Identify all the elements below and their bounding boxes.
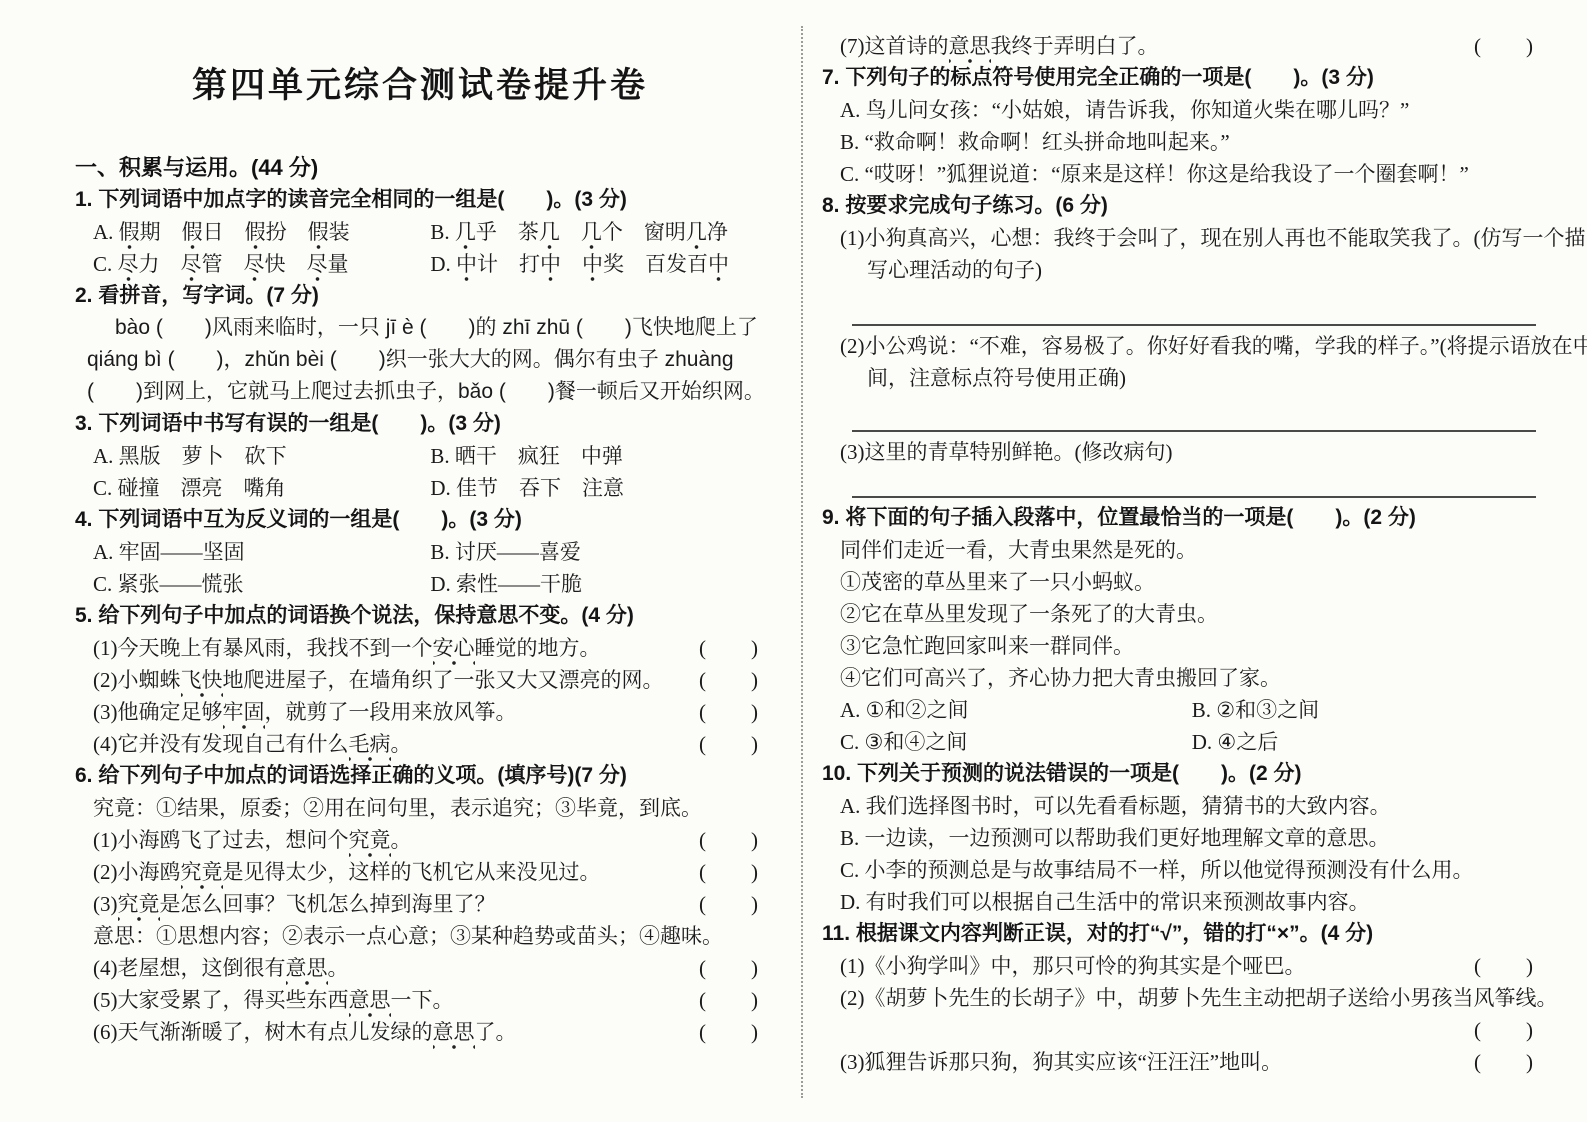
emphasis-dots: 假: [308, 220, 329, 250]
answer-blank-line: [852, 402, 1536, 432]
line-text: 10. 下列关于预测的说法错误的一项是( )。(2 分): [822, 758, 1302, 790]
answer-parens-line: ( ): [822, 1014, 1540, 1046]
line-text: (3)狐狸告诉那只狗，狗其实应该“汪汪汪”地叫。: [840, 1046, 1282, 1078]
text-line: (1)小狗真高兴，心想：我终于会叫了，现在别人再也不能取笑我了。(仿写一个描: [822, 222, 1540, 254]
left-column-rows: 一、积累与运用。(44 分)1. 下列词语中加点字的读音完全相同的一组是( )。…: [75, 152, 765, 1048]
text-line: C. 小李的预测总是与故事结局不一样，所以他觉得预测没有什么用。: [822, 854, 1540, 886]
line-text: (2)小蜘蛛飞快地爬进屋子，在墙角织了一张又大又漂亮的网。: [93, 664, 664, 696]
emphasis-dots: 尽: [118, 252, 139, 282]
emphasis-dots: 假: [245, 220, 266, 250]
text-line: 意思：①思想内容；②表示一点心意；③某种趋势或苗头；④趣味。: [75, 920, 765, 952]
question-stem: 1. 下列词语中加点字的读音完全相同的一组是( )。(3 分): [75, 184, 765, 216]
text-line: (2)小海鸥究竟是见得太少，这样的飞机它从来没见过。( ): [75, 856, 765, 888]
option: B. 几乎 茶几 几个 窗明几净: [430, 216, 765, 248]
line-text: qiáng bì ( )，zhǔn bèi ( )织一张大大的网。偶尔有虫子 z…: [87, 344, 734, 376]
section-heading: 一、积累与运用。(44 分): [75, 152, 765, 184]
text-line: ③它急忙跑回家叫来一群同伴。: [822, 630, 1540, 662]
spacer: [822, 394, 1540, 402]
option: B. ②和③之间: [1192, 694, 1540, 726]
line-text: ( )到网上，它就马上爬过去抓虫子，bǎo ( )餐一顿后又开始织网。: [87, 376, 765, 408]
emphasis-dots: 意思: [433, 1020, 475, 1050]
option: C. 碰撞 漂亮 嘴角: [75, 472, 430, 504]
emphasis-dots: 中: [708, 252, 729, 282]
left-column: 第四单元综合测试卷提升卷 一、积累与运用。(44 分)1. 下列词语中加点字的读…: [75, 40, 765, 1048]
line-text: (3)他确定足够牢固，就剪了一段用来放风筝。: [93, 696, 517, 728]
text-line: C. “哎呀！”狐狸说道：“原来是这样！你这是给我设了一个圈套啊！”: [822, 158, 1540, 190]
line-text: (6)天气渐渐暖了，树木有点儿发绿的意思了。: [93, 1016, 517, 1048]
text-line: (5)大家受累了，得买些东西意思一下。( ): [75, 984, 765, 1016]
emphasis-dots: 尽: [307, 252, 328, 282]
text-line: (2)小公鸡说：“不难，容易极了。你好好看我的嘴，学我的样子。”(将提示语放在中: [822, 330, 1540, 362]
question-stem: 9. 将下面的句子插入段落中，位置最恰当的一项是( )。(2 分): [822, 502, 1540, 534]
option-row: C. 碰撞 漂亮 嘴角D. 佳节 吞下 注意: [75, 472, 765, 504]
line-text: C. “哎呀！”狐狸说道：“原来是这样！你这是给我设了一个圈套啊！”: [840, 158, 1469, 190]
line-text: ③它急忙跑回家叫来一群同伴。: [840, 630, 1134, 662]
line-text: 间，注意标点符号使用正确): [867, 362, 1126, 394]
line-text: 5. 给下列句子中加点的词语换个说法，保持意思不变。(4 分): [75, 600, 634, 632]
line-text: (5)大家受累了，得买些东西意思一下。: [93, 984, 454, 1016]
question-stem: 6. 给下列句子中加点的词语选择正确的义项。(填序号)(7 分): [75, 760, 765, 792]
option: A. 假期 假日 假扮 假装: [75, 216, 430, 248]
answer-parens: ( ): [1474, 1046, 1540, 1078]
option-row: C. ③和④之间D. ④之后: [822, 726, 1540, 758]
line-text: (3)这里的青草特别鲜艳。(修改病句): [840, 436, 1172, 468]
option: B. 晒干 疯狂 中弹: [430, 440, 765, 472]
text-line: (7)这首诗的意思我终于弄明白了。( ): [822, 30, 1540, 62]
line-text: 4. 下列词语中互为反义词的一组是( )。(3 分): [75, 504, 522, 536]
emphasis-dots: 意思: [286, 956, 328, 986]
text-line: (2)《胡萝卜先生的长胡子》中，胡萝卜先生主动把胡子送给小男孩当风筝线。: [822, 982, 1540, 1014]
line-text: C. 小李的预测总是与故事结局不一样，所以他觉得预测没有什么用。: [840, 854, 1474, 886]
emphasis-dots: 安心: [433, 636, 475, 666]
emphasis-dots: 毛病: [349, 732, 391, 762]
line-text: 3. 下列词语中书写有误的一组是( )。(3 分): [75, 408, 501, 440]
right-column-rows: (7)这首诗的意思我终于弄明白了。( )7. 下列句子的标点符号使用完全正确的一…: [822, 30, 1540, 1078]
emphasis-dots: 几: [455, 220, 476, 250]
line-text: bào ( )风雨来临时，一只 jī è ( )的 zhī zhū ( )飞快地…: [115, 312, 758, 344]
answer-parens: ( ): [699, 952, 765, 984]
option-row: C. 紧张——慌张D. 索性——干脆: [75, 568, 765, 600]
line-text: (2)小海鸥究竟是见得太少，这样的飞机它从来没见过。: [93, 856, 601, 888]
line-text: B. 一边读，一边预测可以帮助我们更好地理解文章的意思。: [840, 822, 1390, 854]
text-line: 写心理活动的句子): [822, 254, 1540, 286]
option: B. 讨厌——喜爱: [430, 536, 765, 568]
answer-parens: ( ): [699, 1016, 765, 1048]
line-text: 2. 看拼音，写字词。(7 分): [75, 280, 319, 312]
option-row: A. 牢固——坚固B. 讨厌——喜爱: [75, 536, 765, 568]
line-text: (2)《胡萝卜先生的长胡子》中，胡萝卜先生主动把胡子送给小男孩当风筝线。: [840, 982, 1557, 1014]
option-row: A. 黑版 萝卜 砍下B. 晒干 疯狂 中弹: [75, 440, 765, 472]
text-line: (4)老屋想，这倒很有意思。( ): [75, 952, 765, 984]
option: D. ④之后: [1192, 726, 1540, 758]
line-text: (1)《小狗学叫》中，那只可怜的狗其实是个哑巴。: [840, 950, 1306, 982]
option: A. 黑版 萝卜 砍下: [75, 440, 430, 472]
line-text: D. 有时我们可以根据自己生活中的常识来预测故事内容。: [840, 886, 1370, 918]
text-line: (3)究竟是怎么回事？飞机怎么掉到海里了？( ): [75, 888, 765, 920]
line-text: (7)这首诗的意思我终于弄明白了。: [840, 30, 1159, 62]
option: C. 尽力 尽管 尽快 尽量: [75, 248, 430, 280]
text-line: B. 一边读，一边预测可以帮助我们更好地理解文章的意思。: [822, 822, 1540, 854]
line-text: 究竟：①结果，原委；②用在问句里，表示追究；③毕竟，到底。: [93, 792, 702, 824]
text-line: D. 有时我们可以根据自己生活中的常识来预测故事内容。: [822, 886, 1540, 918]
text-line: (1)今天晚上有暴风雨，我找不到一个安心睡觉的地方。( ): [75, 632, 765, 664]
line-text: 1. 下列词语中加点字的读音完全相同的一组是( )。(3 分): [75, 184, 627, 216]
option: C. ③和④之间: [822, 726, 1192, 758]
option-row: A. 假期 假日 假扮 假装B. 几乎 茶几 几个 窗明几净: [75, 216, 765, 248]
line-text: 意思：①思想内容；②表示一点心意；③某种趋势或苗头；④趣味。: [93, 920, 723, 952]
emphasis-dots: 尽: [244, 252, 265, 282]
emphasis-dots: 飞快: [181, 668, 223, 698]
option: D. 索性——干脆: [430, 568, 765, 600]
text-line: A. 我们选择图书时，可以先看看标题，猜猜书的大致内容。: [822, 790, 1540, 822]
text-line: 同伴们走近一看，大青虫果然是死的。: [822, 534, 1540, 566]
line-text: (1)小海鸥飞了过去，想问个究竟。: [93, 824, 412, 856]
text-line: B. “救命啊！救命啊！红头拼命地叫起来。”: [822, 126, 1540, 158]
emphasis-dots: 假: [182, 220, 203, 250]
line-text: 6. 给下列句子中加点的词语选择正确的义项。(填序号)(7 分): [75, 760, 627, 792]
line-text: (4)它并没有发现自己有什么毛病。: [93, 728, 412, 760]
line-text: (2)小公鸡说：“不难，容易极了。你好好看我的嘴，学我的样子。”(将提示语放在中: [840, 330, 1587, 362]
text-line: ④它们可高兴了，齐心协力把大青虫搬回了家。: [822, 662, 1540, 694]
emphasis-dots: 究竟: [118, 892, 160, 922]
answer-blank-line: [852, 468, 1536, 498]
emphasis-dots: 中: [582, 252, 603, 282]
text-line: (3)狐狸告诉那只狗，狗其实应该“汪汪汪”地叫。( ): [822, 1046, 1540, 1078]
text-line: (1)小海鸥飞了过去，想问个究竟。( ): [75, 824, 765, 856]
option: D. 中计 打中 中奖 百发百中: [430, 248, 765, 280]
line-text: A. 鸟儿问女孩：“小姑娘，请告诉我，你知道火柴在哪儿吗？”: [840, 94, 1409, 126]
pinyin-line: ( )到网上，它就马上爬过去抓虫子，bǎo ( )餐一顿后又开始织网。: [75, 376, 765, 408]
answer-parens: ( ): [699, 664, 765, 696]
answer-parens: ( ): [699, 696, 765, 728]
answer-parens: ( ): [1474, 1014, 1540, 1046]
line-text: ①茂密的草丛里来了一只小蚂蚁。: [840, 566, 1155, 598]
line-text: B. “救命啊！救命啊！红头拼命地叫起来。”: [840, 126, 1230, 158]
line-text: A. 我们选择图书时，可以先看看标题，猜猜书的大致内容。: [840, 790, 1391, 822]
text-line: (3)他确定足够牢固，就剪了一段用来放风筝。( ): [75, 696, 765, 728]
text-line: (2)小蜘蛛飞快地爬进屋子，在墙角织了一张又大又漂亮的网。( ): [75, 664, 765, 696]
emphasis-dots: 几: [539, 220, 560, 250]
question-stem: 2. 看拼音，写字词。(7 分): [75, 280, 765, 312]
line-text: (1)今天晚上有暴风雨，我找不到一个安心睡觉的地方。: [93, 632, 601, 664]
option: C. 紧张——慌张: [75, 568, 430, 600]
column-divider: [801, 26, 803, 1098]
option-row: A. ①和②之间B. ②和③之间: [822, 694, 1540, 726]
text-line: A. 鸟儿问女孩：“小姑娘，请告诉我，你知道火柴在哪儿吗？”: [822, 94, 1540, 126]
answer-parens: ( ): [1474, 30, 1540, 62]
text-line: 究竟：①结果，原委；②用在问句里，表示追究；③毕竟，到底。: [75, 792, 765, 824]
option: A. 牢固——坚固: [75, 536, 430, 568]
text-line: (3)这里的青草特别鲜艳。(修改病句): [822, 436, 1540, 468]
line-text: 9. 将下面的句子插入段落中，位置最恰当的一项是( )。(2 分): [822, 502, 1416, 534]
question-stem: 10. 下列关于预测的说法错误的一项是( )。(2 分): [822, 758, 1540, 790]
emphasis-dots: 几: [686, 220, 707, 250]
line-text: (3)究竟是怎么回事？飞机怎么掉到海里了？: [93, 888, 496, 920]
line-text: 7. 下列句子的标点符号使用完全正确的一项是( )。(3 分): [822, 62, 1374, 94]
line-text: (4)老屋想，这倒很有意思。: [93, 952, 349, 984]
text-line: 间，注意标点符号使用正确): [822, 362, 1540, 394]
right-column: (7)这首诗的意思我终于弄明白了。( )7. 下列句子的标点符号使用完全正确的一…: [822, 30, 1540, 1078]
answer-parens: ( ): [699, 728, 765, 760]
line-text: 同伴们走近一看，大青虫果然是死的。: [840, 534, 1197, 566]
emphasis-dots: 究竟: [181, 860, 223, 890]
text-line: (4)它并没有发现自己有什么毛病。( ): [75, 728, 765, 760]
answer-parens: ( ): [699, 888, 765, 920]
test-paper-page: 第四单元综合测试卷提升卷 一、积累与运用。(44 分)1. 下列词语中加点字的读…: [0, 0, 1587, 1122]
pinyin-line: bào ( )风雨来临时，一只 jī è ( )的 zhī zhū ( )飞快地…: [75, 312, 765, 344]
pinyin-line: qiáng bì ( )，zhǔn bèi ( )织一张大大的网。偶尔有虫子 z…: [75, 344, 765, 376]
question-stem: 5. 给下列句子中加点的词语换个说法，保持意思不变。(4 分): [75, 600, 765, 632]
page-title: 第四单元综合测试卷提升卷: [75, 58, 765, 108]
line-text: 11. 根据课文内容判断正误，对的打“√”，错的打“×”。(4 分): [822, 918, 1373, 950]
line-text: ④它们可高兴了，齐心协力把大青虫搬回了家。: [840, 662, 1281, 694]
question-stem: 8. 按要求完成句子练习。(6 分): [822, 190, 1540, 222]
question-stem: 3. 下列词语中书写有误的一组是( )。(3 分): [75, 408, 765, 440]
answer-blank-line: [852, 296, 1536, 326]
text-line: ②它在草丛里发现了一条死了的大青虫。: [822, 598, 1540, 630]
option: A. ①和②之间: [822, 694, 1192, 726]
emphasis-dots: 意思: [349, 988, 391, 1018]
line-text: 8. 按要求完成句子练习。(6 分): [822, 190, 1108, 222]
line-text: 一、积累与运用。(44 分): [75, 152, 318, 184]
emphasis-dots: 尽: [181, 252, 202, 282]
text-line: (1)《小狗学叫》中，那只可怜的狗其实是个哑巴。( ): [822, 950, 1540, 982]
spacer: [822, 286, 1540, 296]
emphasis-dots: 假: [119, 220, 140, 250]
option-row: C. 尽力 尽管 尽快 尽量D. 中计 打中 中奖 百发百中: [75, 248, 765, 280]
emphasis-dots: 牢固: [223, 700, 265, 730]
answer-parens: ( ): [1474, 950, 1540, 982]
emphasis-dots: 究竟: [349, 828, 391, 858]
answer-parens: ( ): [699, 984, 765, 1016]
question-stem: 11. 根据课文内容判断正误，对的打“√”，错的打“×”。(4 分): [822, 918, 1540, 950]
emphasis-dots: 意思: [949, 34, 991, 64]
line-text: 写心理活动的句子): [867, 254, 1042, 286]
line-text: (1)小狗真高兴，心想：我终于会叫了，现在别人再也不能取笑我了。(仿写一个描: [840, 222, 1585, 254]
text-line: (6)天气渐渐暖了，树木有点儿发绿的意思了。( ): [75, 1016, 765, 1048]
line-text: ②它在草丛里发现了一条死了的大青虫。: [840, 598, 1218, 630]
emphasis-dots: 中: [540, 252, 561, 282]
answer-parens: ( ): [699, 632, 765, 664]
emphasis-dots: 中: [456, 252, 477, 282]
answer-parens: ( ): [699, 856, 765, 888]
text-line: ①茂密的草丛里来了一只小蚂蚁。: [822, 566, 1540, 598]
answer-parens: ( ): [699, 824, 765, 856]
question-stem: 4. 下列词语中互为反义词的一组是( )。(3 分): [75, 504, 765, 536]
question-stem: 7. 下列句子的标点符号使用完全正确的一项是( )。(3 分): [822, 62, 1540, 94]
emphasis-dots: 几: [581, 220, 602, 250]
option: D. 佳节 吞下 注意: [430, 472, 765, 504]
